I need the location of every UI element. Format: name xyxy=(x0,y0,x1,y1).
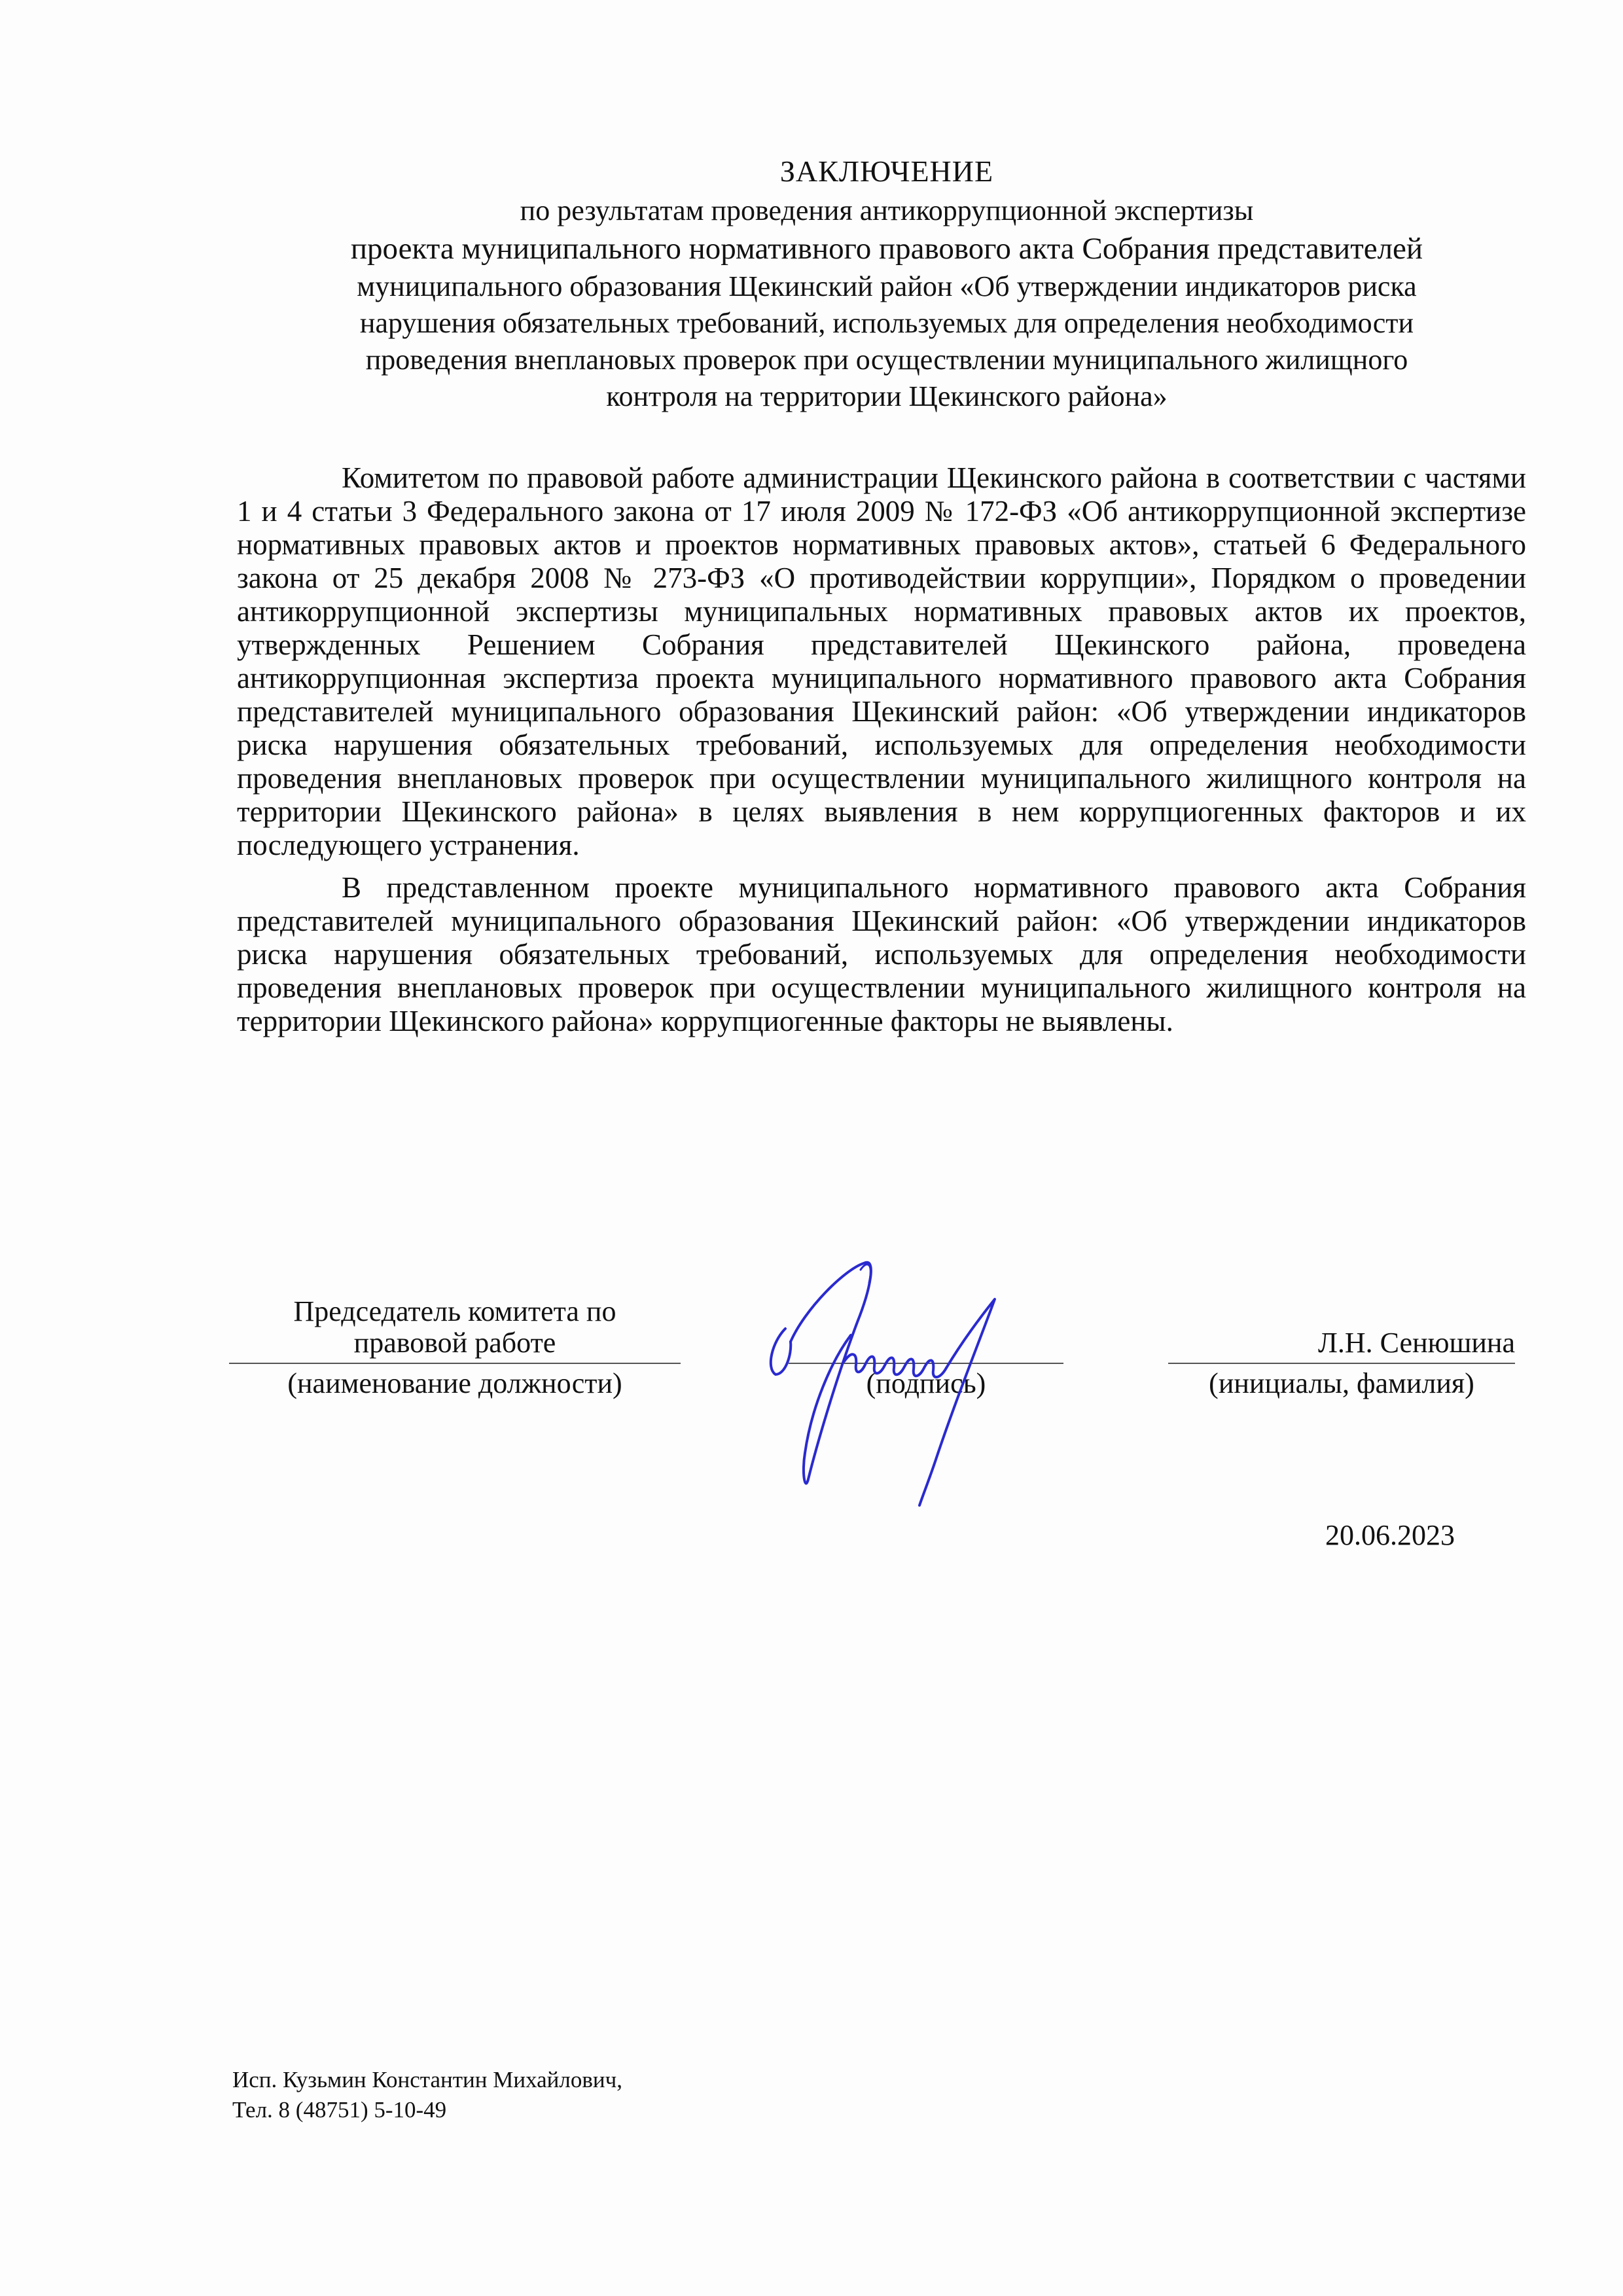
name-underline xyxy=(1168,1363,1515,1364)
body-paragraph: В представленном проекте муниципального … xyxy=(237,871,1526,1038)
document-title: ЗАКЛЮЧЕНИЕ xyxy=(236,151,1538,192)
executor-phone: Тел. 8 (48751) 5-10-49 xyxy=(232,2095,622,2125)
handwritten-signature-icon xyxy=(746,1244,1126,1518)
subtitle-line: контроля на территории Щекинского района… xyxy=(236,378,1538,415)
document-header: ЗАКЛЮЧЕНИЕ по результатам проведения ант… xyxy=(236,151,1538,415)
signatory-name: Л.Н. Сенюшина xyxy=(1168,1327,1515,1359)
position-field: Председатель комитета по правовой работе… xyxy=(229,1296,681,1399)
subtitle-line: нарушения обязательных требований, испол… xyxy=(236,305,1538,342)
subtitle-line: проекта муниципального нормативного прав… xyxy=(236,229,1538,268)
name-field: Л.Н. Сенюшина (инициалы, фамилия) xyxy=(1168,1327,1515,1399)
body-paragraph: Комитетом по правовой работе администрац… xyxy=(237,461,1526,862)
position-caption: (наименование должности) xyxy=(229,1368,681,1399)
document-page: ЗАКЛЮЧЕНИЕ по результатам проведения ант… xyxy=(0,0,1623,2296)
executor-name: Исп. Кузьмин Константин Михайлович, xyxy=(232,2065,622,2095)
document-body: Комитетом по правовой работе администрац… xyxy=(237,461,1526,1038)
position-title-line: Председатель комитета по xyxy=(229,1296,681,1327)
position-underline xyxy=(229,1363,681,1364)
document-date: 20.06.2023 xyxy=(1325,1518,1455,1552)
subtitle-line: проведения внеплановых проверок при осущ… xyxy=(236,342,1538,378)
executor-info: Исп. Кузьмин Константин Михайлович, Тел.… xyxy=(232,2065,622,2125)
subtitle-line: по результатам проведения антикоррупцион… xyxy=(236,192,1538,229)
name-caption: (инициалы, фамилия) xyxy=(1168,1368,1515,1399)
subtitle-line: муниципального образования Щекинский рай… xyxy=(236,268,1538,305)
position-title-line: правовой работе xyxy=(229,1327,681,1359)
